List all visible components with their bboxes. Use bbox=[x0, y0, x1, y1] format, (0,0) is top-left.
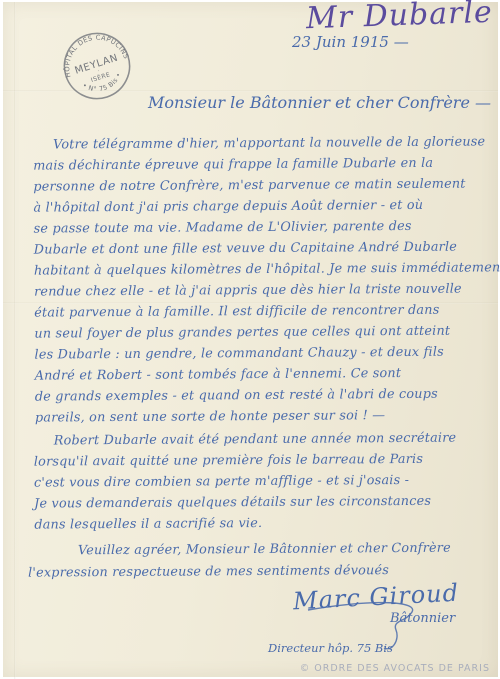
body-line: de grands exemples - et quand on est res… bbox=[35, 383, 487, 407]
body-line: pareils, on sent une sorte de honte pese… bbox=[35, 404, 487, 428]
signature-title: Bâtonnier bbox=[390, 611, 455, 626]
body-line: Je vous demanderais quelques détails sur… bbox=[34, 490, 486, 514]
stamp-place-text: MEYLAN bbox=[74, 52, 120, 76]
paragraph-1: Votre télégramme d'hier, m'apportant la … bbox=[33, 131, 487, 428]
body-line: lorsqu'il avait quitté une première fois… bbox=[34, 448, 486, 472]
salutation: Monsieur le Bâtonnier et cher Confrère — bbox=[148, 93, 491, 112]
archive-watermark: © ORDRE DES AVOCATS DE PARIS bbox=[300, 663, 490, 674]
closing-formula: Veuillez agréer, Monsieur le Bâtonnier e… bbox=[34, 537, 486, 584]
body-line: les Dubarle : un gendre, le commandant C… bbox=[34, 341, 486, 365]
body-line: dans lesquelles il a sacrifié sa vie. bbox=[34, 511, 486, 535]
paragraph-2: Robert Dubarle avait été pendant une ann… bbox=[34, 427, 487, 535]
paper-crease-vertical bbox=[14, 2, 16, 679]
scanned-letter-page: HÔPITAL DES CAPUCINS • N° 75 Bis • MEYLA… bbox=[0, 0, 500, 679]
body-line: à l'hôpital dont j'ai pris charge depuis… bbox=[33, 194, 485, 218]
closing-line: Veuillez agréer, Monsieur le Bâtonnier e… bbox=[34, 537, 486, 562]
letter-date: 23 Juin 1915 — bbox=[292, 33, 409, 51]
signature-note: Directeur hôp. 75 Bis bbox=[268, 641, 393, 655]
